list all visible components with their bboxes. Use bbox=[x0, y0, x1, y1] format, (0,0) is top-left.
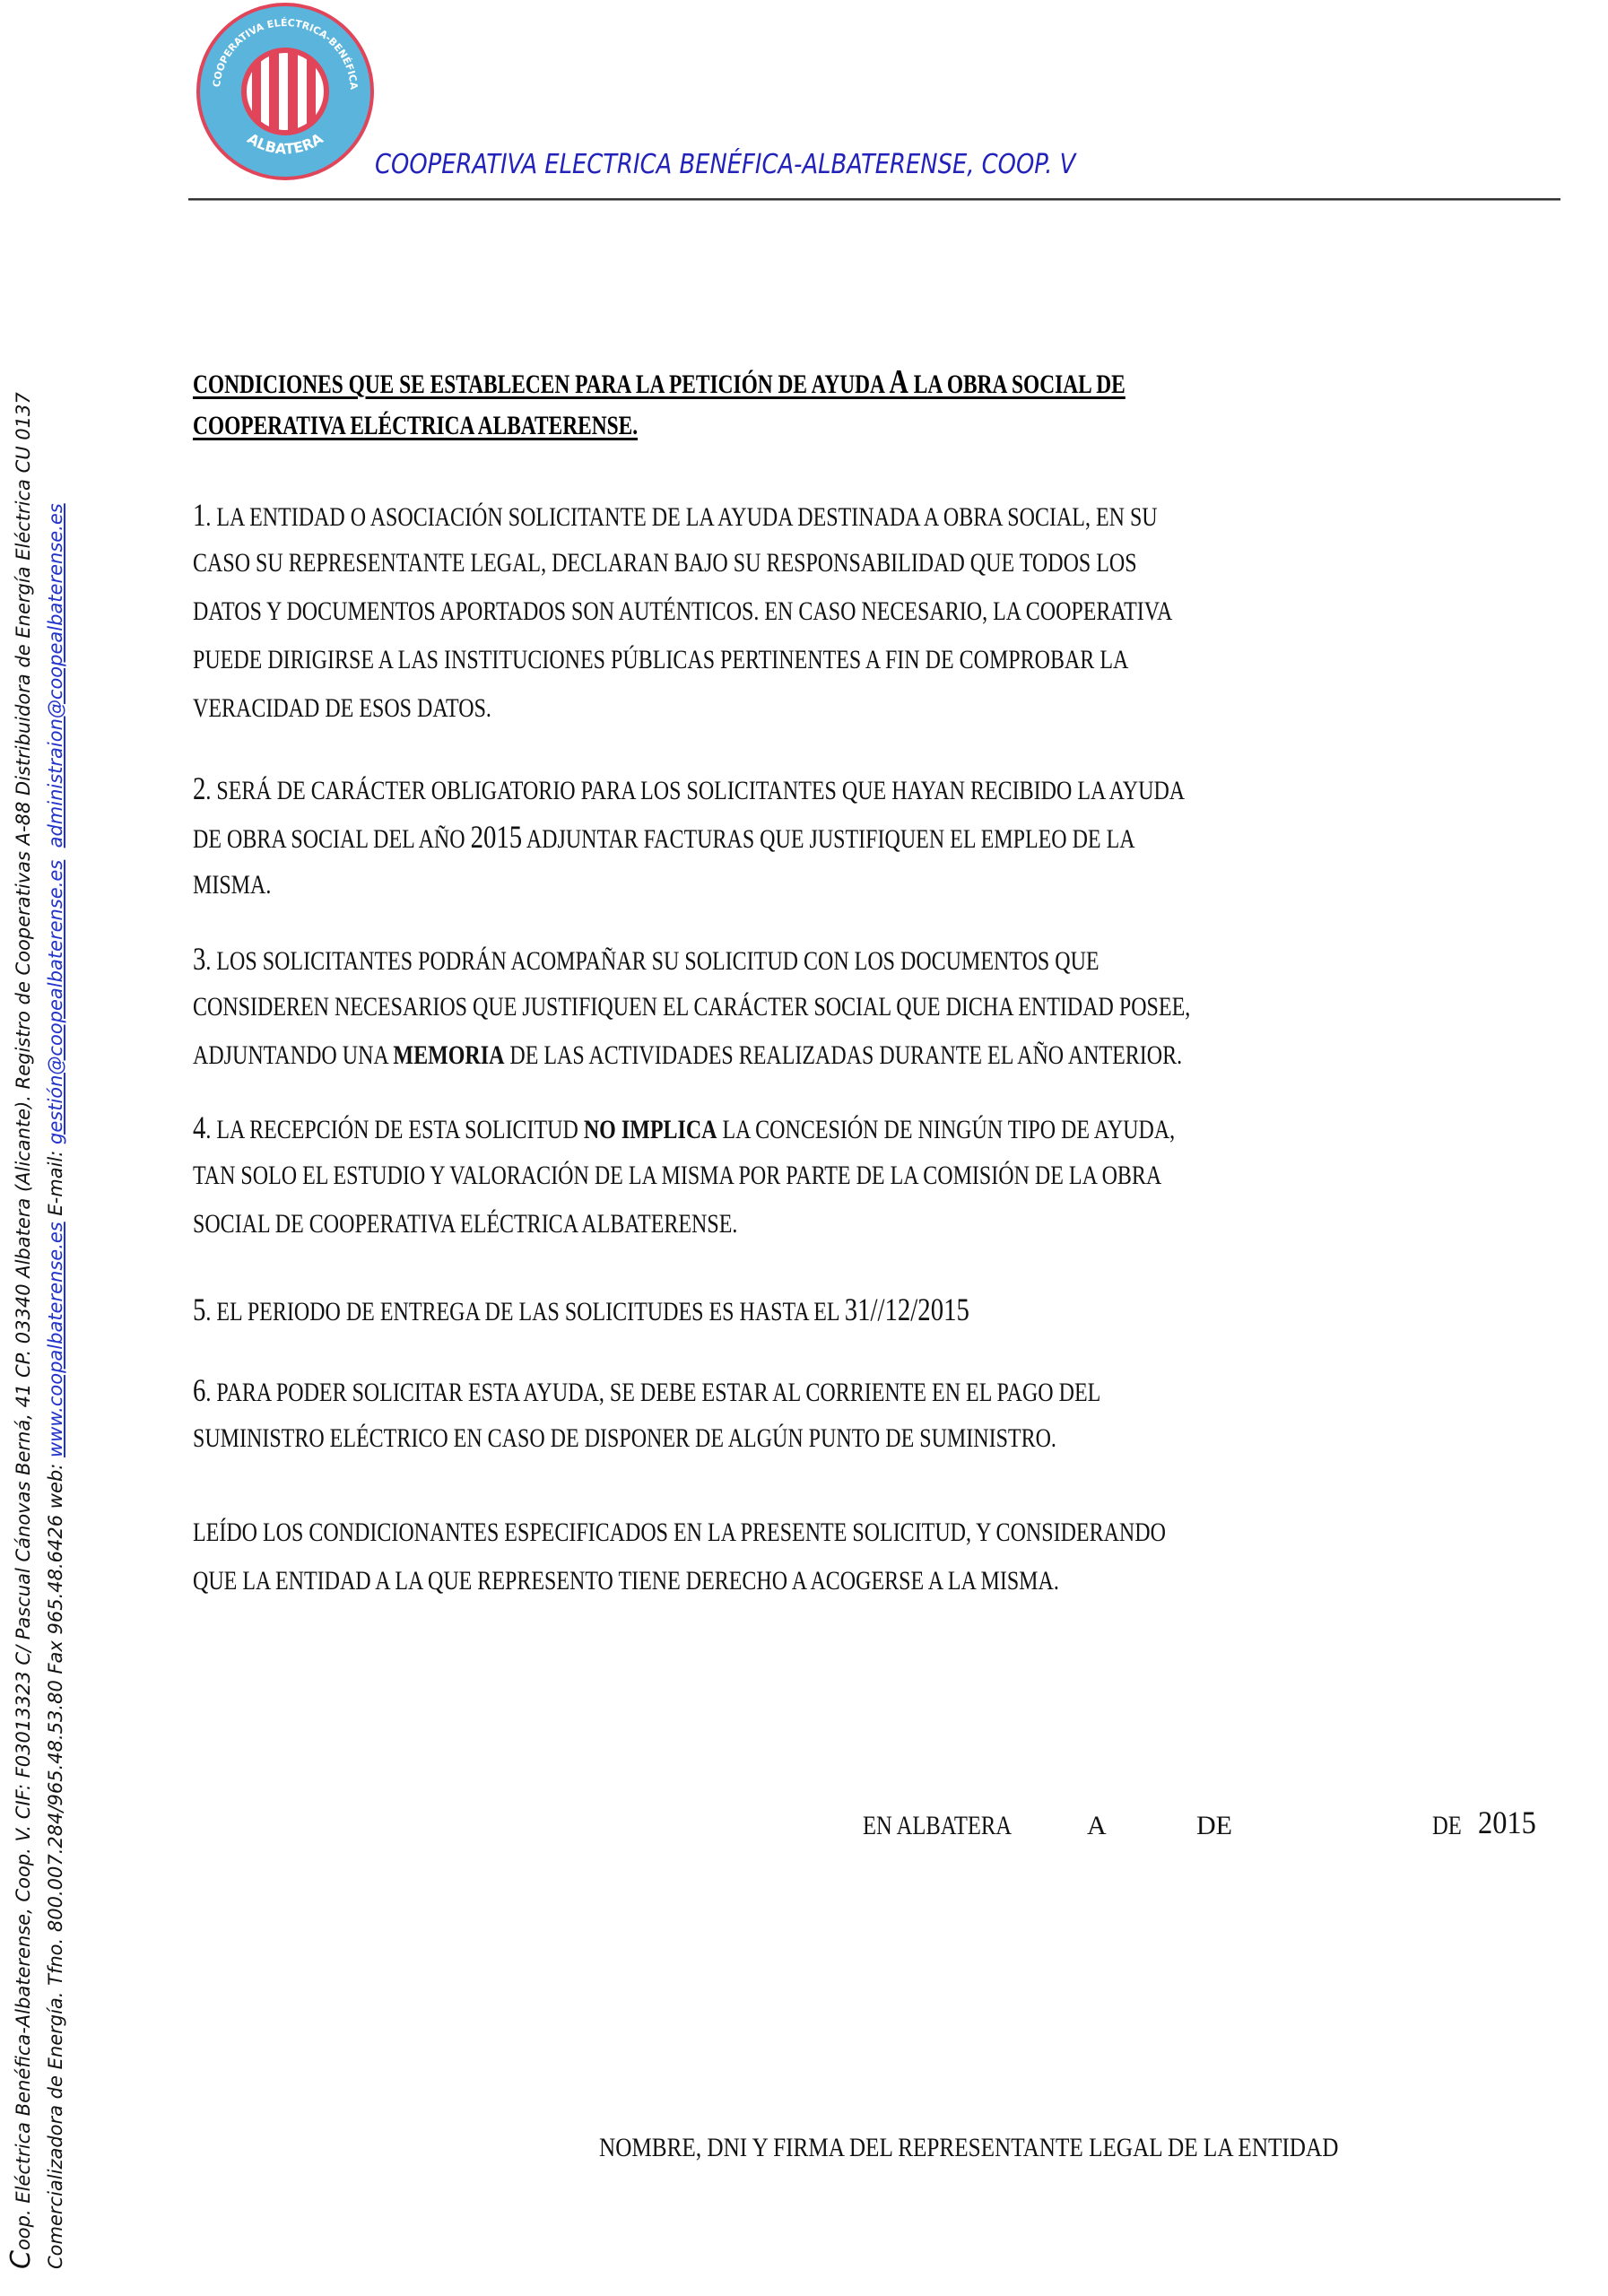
clause-2-line: 2. SERÁ DE CARÁCTER OBLIGATORIO PARA LOS… bbox=[193, 773, 1185, 806]
clause-number: 3 bbox=[193, 941, 205, 977]
logo-emblem-icon: COOPERATIVA ELÉCTRICA-BENÉFICA ALBATEREN… bbox=[191, 0, 379, 184]
clause-number: 4 bbox=[193, 1109, 205, 1145]
clause-number: 1 bbox=[193, 497, 205, 533]
sidebar-line-contact: Comercializadora de Energía. Tfno. 800.0… bbox=[45, 503, 66, 2269]
clause-1-line: CASO SU REPRESENTANTE LEGAL, DECLARAN BA… bbox=[193, 548, 1137, 578]
closing-line-2: QUE LA ENTIDAD A LA QUE REPRESENTO TIENE… bbox=[193, 1566, 1059, 1596]
clause-number: 5 bbox=[193, 1291, 205, 1327]
date-place: EN ALBATERA bbox=[863, 1808, 1012, 1844]
sidebar-line-company-info: Coop. Eléctrica Benéfica-Albaterense, Co… bbox=[5, 392, 37, 2269]
clause-6-line: SUMINISTRO ELÉCTRICO EN CASO DE DISPONER… bbox=[193, 1423, 1056, 1454]
document-heading-line-1: CONDICIONES QUE SE ESTABLECEN PARA LA PE… bbox=[193, 362, 1126, 402]
clause-number: 6 bbox=[193, 1372, 205, 1408]
date-de-1: DE bbox=[1196, 1808, 1232, 1844]
clause-3-line: CONSIDEREN NECESARIOS QUE JUSTIFIQUEN EL… bbox=[193, 992, 1190, 1022]
cooperative-logo: COOPERATIVA ELÉCTRICA-BENÉFICA ALBATEREN… bbox=[191, 0, 379, 184]
website-link[interactable]: www.coopalbaterense.es bbox=[45, 1222, 66, 1457]
clause-6-line: 6. PARA PODER SOLICITAR ESTA AYUDA, SE D… bbox=[193, 1375, 1100, 1408]
closing-line-1: LEÍDO LOS CONDICIONANTES ESPECIFICADOS E… bbox=[193, 1518, 1166, 1548]
organization-name: COOPERATIVA ELECTRICA BENÉFICA-ALBATEREN… bbox=[375, 149, 1075, 180]
clause-4-line: SOCIAL DE COOPERATIVA ELÉCTRICA ALBATERE… bbox=[193, 1209, 737, 1239]
date-a: A bbox=[1087, 1808, 1107, 1844]
header-divider bbox=[188, 198, 1560, 201]
signature-label: NOMBRE, DNI Y FIRMA DEL REPRESENTANTE LE… bbox=[599, 2133, 1338, 2163]
clause-1-line: PUEDE DIRIGIRSE A LAS INSTITUCIONES PÚBL… bbox=[193, 645, 1128, 675]
clause-1-line: VERACIDAD DE ESOS DATOS. bbox=[193, 693, 491, 724]
clause-5-line: 5. EL PERIODO DE ENTREGA DE LAS SOLICITU… bbox=[193, 1294, 969, 1327]
clause-2-line: DE OBRA SOCIAL DEL AÑO 2015 ADJUNTAR FAC… bbox=[193, 822, 1135, 855]
email-administracion-link[interactable]: administraion@coopealbaterense.es bbox=[45, 503, 66, 848]
clause-1-line: DATOS Y DOCUMENTOS APORTADOS SON AUTÉNTI… bbox=[193, 596, 1172, 627]
clause-3-line: ADJUNTANDO UNA MEMORIA DE LAS ACTIVIDADE… bbox=[193, 1040, 1182, 1071]
clause-1-line: 1. LA ENTIDAD O ASOCIACIÓN SOLICITANTE D… bbox=[193, 500, 1158, 533]
clause-4-line: 4. LA RECEPCIÓN DE ESTA SOLICITUD NO IMP… bbox=[193, 1112, 1175, 1145]
document-page: COOPERATIVA ELÉCTRICA-BENÉFICA ALBATEREN… bbox=[0, 0, 1608, 2296]
clause-2-line: MISMA. bbox=[193, 870, 271, 900]
email-gestion-link[interactable]: gestión@coopealbaterense.es bbox=[45, 860, 66, 1144]
date-de-2: DE bbox=[1432, 1808, 1462, 1844]
date-year: 2015 bbox=[1478, 1805, 1536, 1840]
document-heading-line-2: COOPERATIVA ELÉCTRICA ALBATERENSE. bbox=[193, 411, 638, 441]
clause-3-line: 3. LOS SOLICITANTES PODRÁN ACOMPAÑAR SU … bbox=[193, 944, 1100, 977]
clause-number: 2 bbox=[193, 770, 205, 806]
clause-4-line: TAN SOLO EL ESTUDIO Y VALORACIÓN DE LA M… bbox=[193, 1161, 1161, 1191]
